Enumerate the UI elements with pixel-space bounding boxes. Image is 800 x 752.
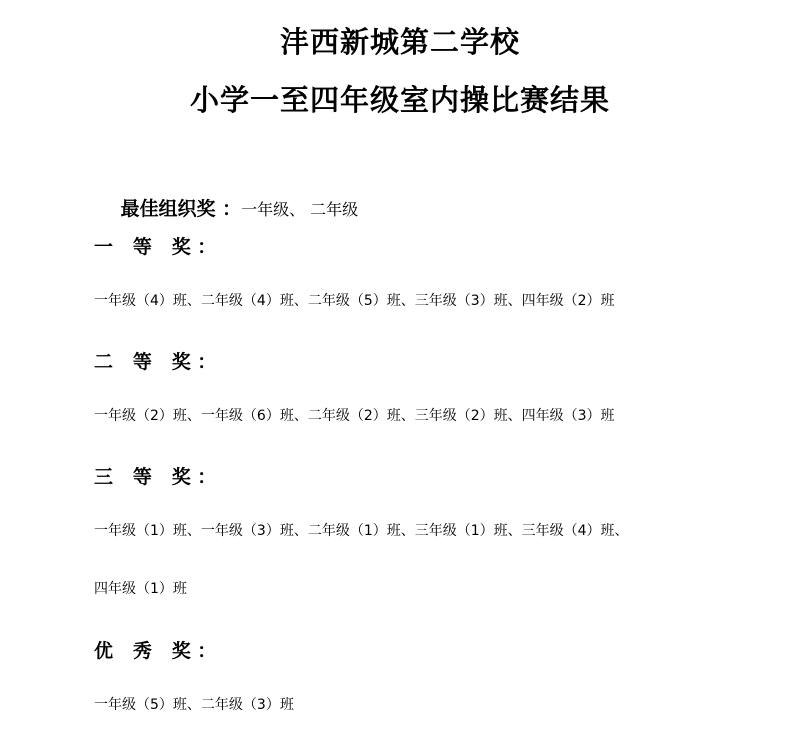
excellence-prize-heading: 优 秀 奖 ： bbox=[94, 636, 216, 663]
competition-title: 小学一至四年级室内操比赛结果 bbox=[0, 78, 800, 119]
first-prize-classes: 一年级（4）班、二年级（4）班、二年级（5）班、三年级（3）班、四年级（2）班 bbox=[94, 290, 615, 310]
third-prize-classes-line1: 一年级（1）班、一年级（3）班、二年级（1）班、三年级（1）班、三年级（4）班、 bbox=[94, 520, 629, 540]
first-prize-heading: 一 等 奖 ： bbox=[94, 232, 216, 259]
third-prize-classes-line2: 四年级（1）班 bbox=[94, 578, 187, 598]
excellence-prize-classes: 一年级（5）班、二年级（3）班 bbox=[94, 694, 294, 714]
best-organization-label: 最佳组织奖 ： bbox=[120, 198, 241, 220]
second-prize-classes: 一年级（2）班、一年级（6）班、二年级（2）班、三年级（2）班、四年级（3）班 bbox=[94, 405, 615, 425]
third-prize-heading: 三 等 奖 ： bbox=[94, 462, 216, 489]
best-organization-value: 一年级、 二年级 bbox=[241, 200, 358, 219]
school-title: 沣西新城第二学校 bbox=[0, 20, 800, 61]
second-prize-heading: 二 等 奖 ： bbox=[94, 347, 216, 374]
